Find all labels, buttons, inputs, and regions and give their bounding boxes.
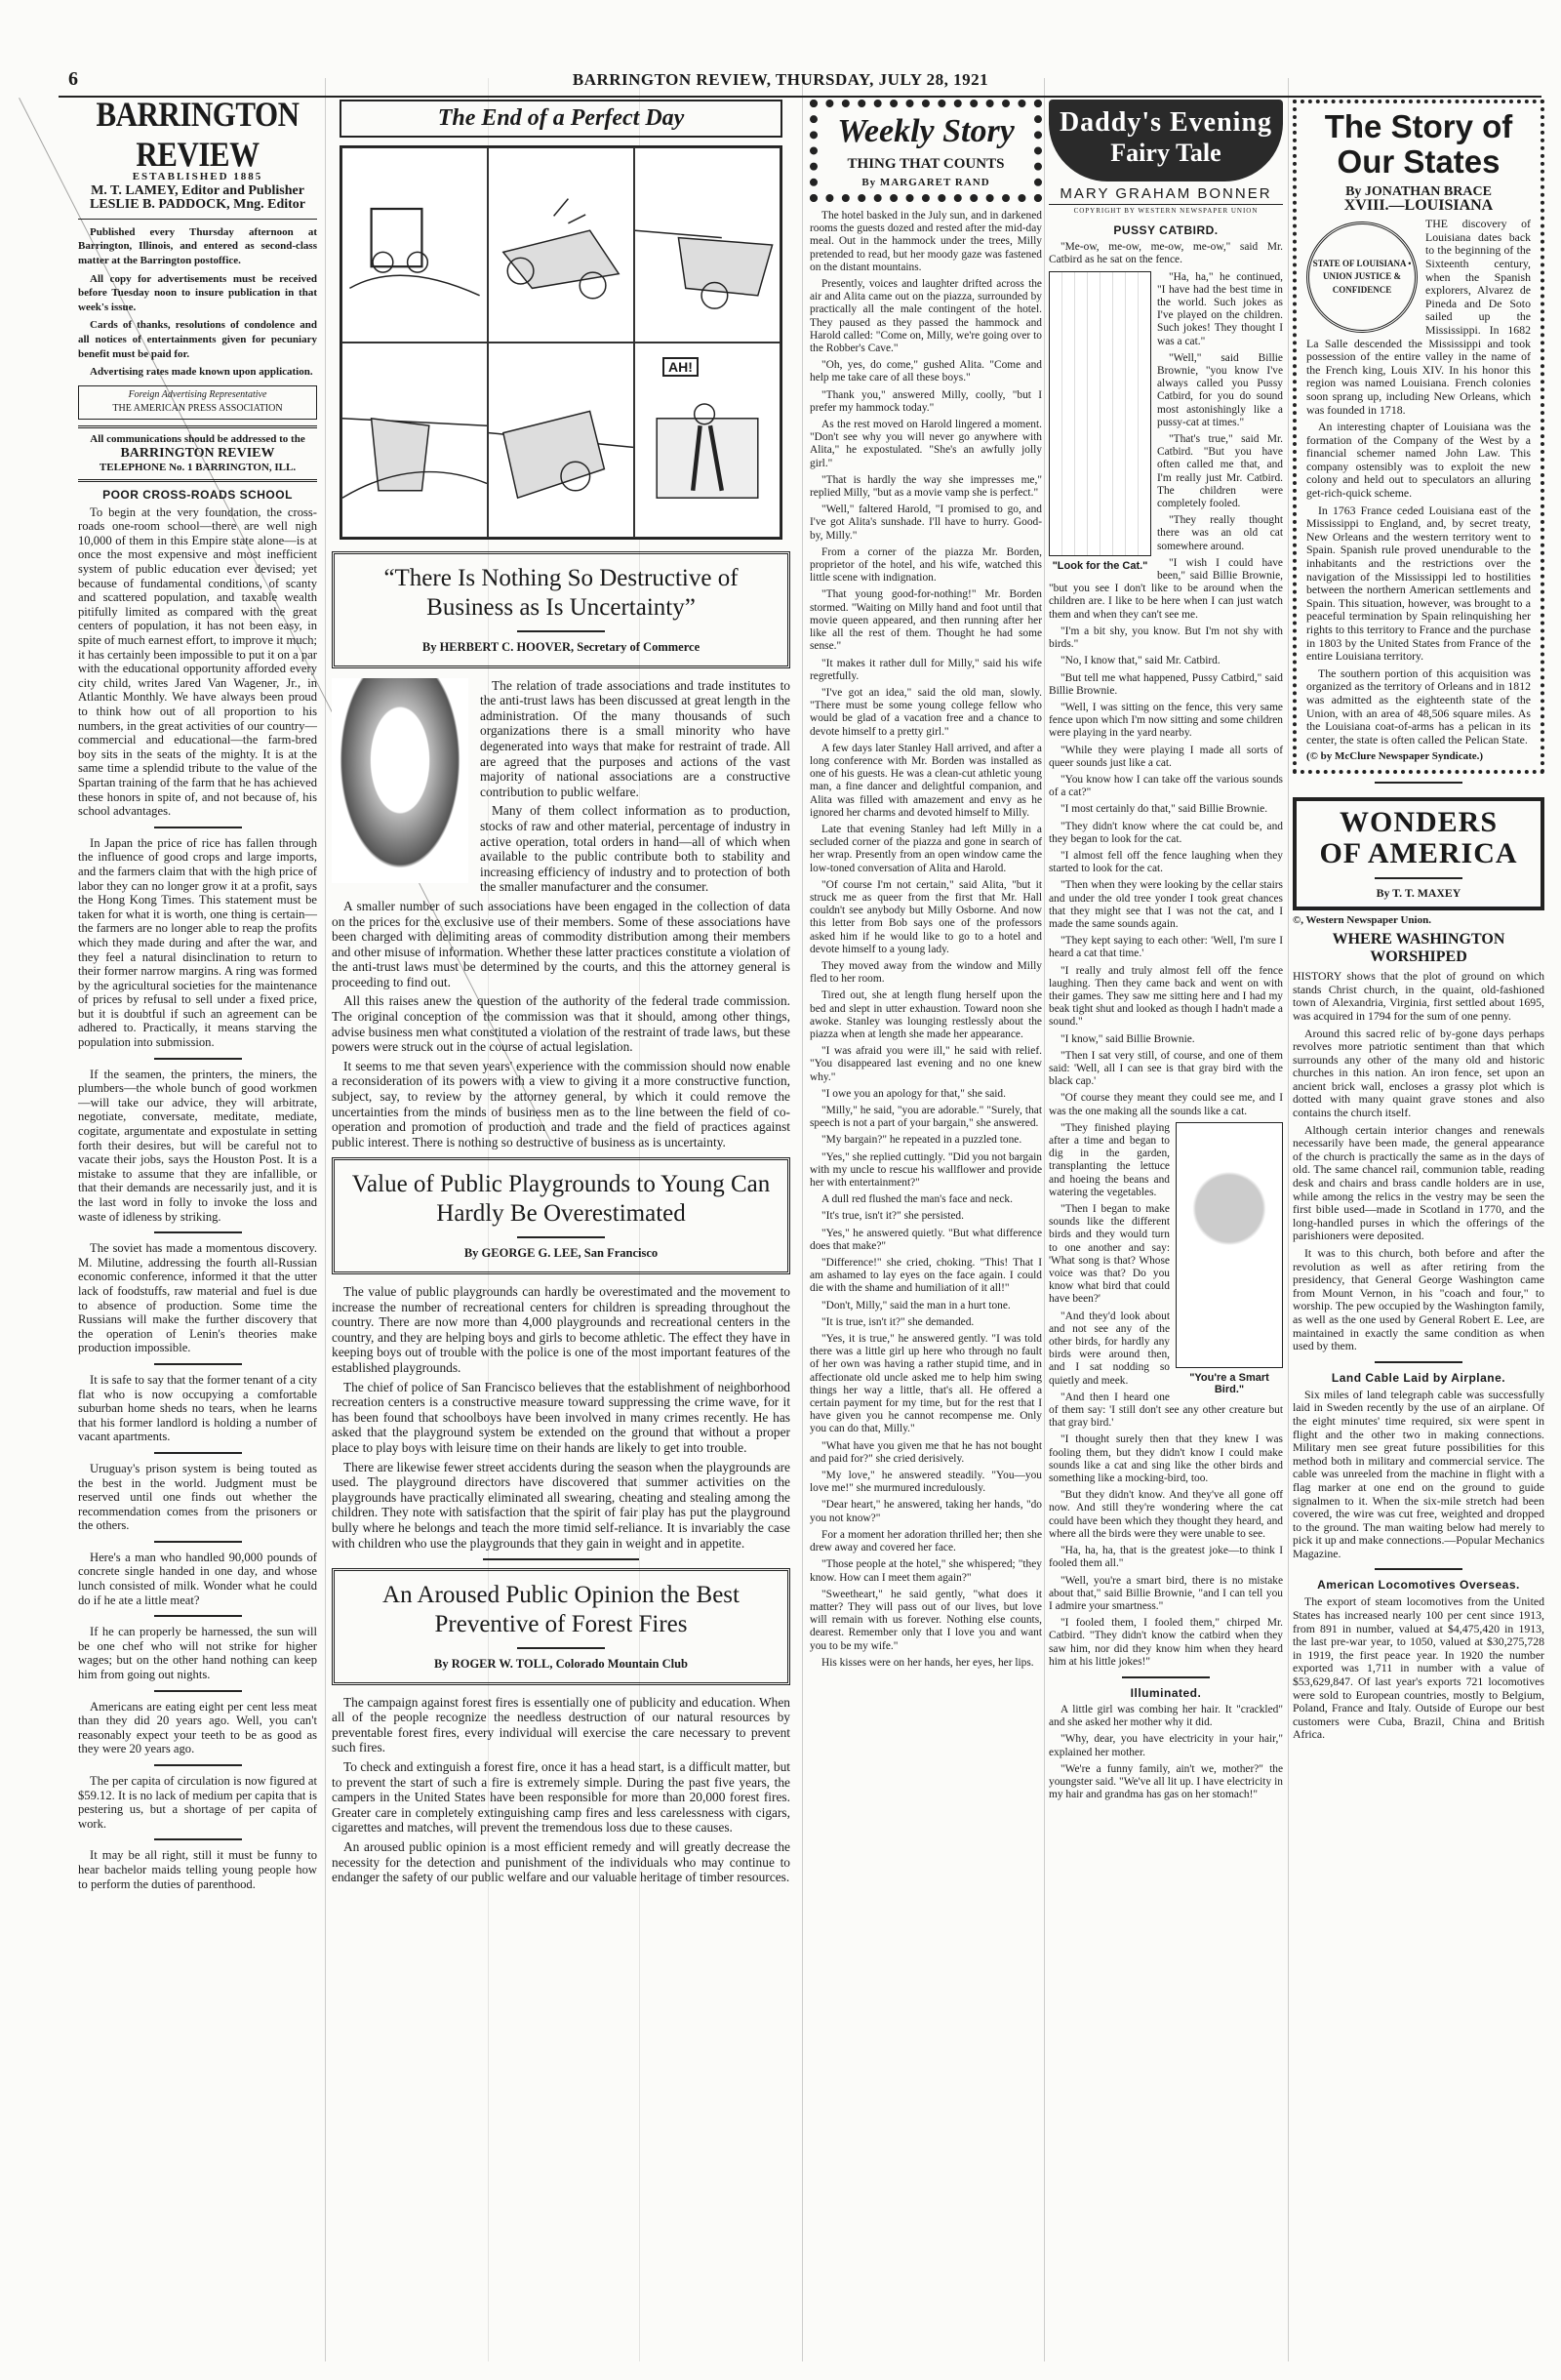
fairy-paragraph: "They kept saying to each other: 'Well, … [1049, 935, 1283, 960]
cable-heading: Land Cable Laid by Airplane. [1293, 1371, 1544, 1385]
column-rule [1044, 78, 1045, 2361]
wonders-paragraph: HISTORY shows that the plot of ground on… [1293, 970, 1544, 1023]
fairy-paragraph: "I thought surely then that they knew I … [1049, 1433, 1283, 1485]
divider [154, 1363, 242, 1365]
joke-heading: Illuminated. [1049, 1686, 1283, 1700]
hoover-portrait [332, 678, 468, 883]
divider [78, 479, 317, 482]
hoover-paragraph: A smaller number of such associations ha… [332, 899, 790, 990]
flag-editor: M. T. LAMEY, Editor and Publisher [78, 184, 317, 199]
column-rule [802, 78, 803, 2361]
comic-panel-car-overturned [341, 343, 488, 538]
playgrounds-paragraph: The chief of police of San Francisco bel… [332, 1380, 790, 1456]
joke-paragraph: "Why, dear, you have electricity in your… [1049, 1733, 1283, 1758]
fairy-banner-line1: Daddy's Evening [1053, 107, 1279, 139]
editorial-paragraph: In Japan the price of rice has fallen th… [78, 836, 317, 1050]
address-name: BARRINGTON REVIEW [78, 447, 317, 462]
fairy-paragraph: "No, I know that," said Mr. Catbird. [1049, 655, 1283, 667]
divider [78, 425, 317, 428]
louisiana-seal-icon: STATE OF LOUISIANA • UNION JUSTICE & CON… [1306, 222, 1418, 333]
fairy-paragraph: "I most certainly do that," said Billie … [1049, 803, 1283, 816]
divider [154, 1058, 242, 1060]
divider [1375, 1568, 1462, 1570]
editorial-paragraph: It is safe to say that the former tenant… [78, 1373, 317, 1444]
story-paragraph: From a corner of the piazza Mr. Borden, … [810, 546, 1042, 585]
car-icon [489, 343, 633, 537]
states-subtitle: XVIII.—LOUISIANA [1306, 199, 1531, 213]
wonders-box: WONDERS OF AMERICA By T. T. MAXEY [1293, 797, 1544, 910]
comic-panel-car-crashing-fence [488, 147, 634, 343]
locomotives-heading: American Locomotives Overseas. [1293, 1578, 1544, 1592]
playgrounds-headline-box: Value of Public Playgrounds to Young Can… [332, 1157, 790, 1274]
story-paragraph: "Sweetheart," he said gently, "what does… [810, 1589, 1042, 1653]
divider [517, 1236, 605, 1238]
forest-byline: By ROGER W. TOLL, Colorado Mountain Club [348, 1657, 774, 1673]
column-5: The Story of Our States By JONATHAN BRAC… [1293, 100, 1544, 1746]
story-byline: By MARGARET RAND [825, 177, 1026, 188]
forest-paragraph: To check and extinguish a forest fire, o… [332, 1759, 790, 1835]
column-2: The End of a Perfect Day AH! “Th [332, 100, 790, 1889]
forest-paragraph: An aroused public opinion is a most effi… [332, 1839, 790, 1885]
fairy-paragraph: "Ha, ha, ha, that is the greatest joke—t… [1049, 1545, 1283, 1570]
hoover-byline: By HERBERT C. HOOVER, Secretary of Comme… [348, 640, 774, 656]
story-paragraph: "It's true, isn't it?" she persisted. [810, 1210, 1042, 1223]
column-3: Weekly Story THING THAT COUNTS By MARGAR… [810, 100, 1042, 1674]
fairy-author: MARY GRAHAM BONNER [1049, 185, 1283, 205]
locomotives-paragraph: The export of steam locomotives from the… [1293, 1595, 1544, 1742]
states-box: The Story of Our States By JONATHAN BRAC… [1293, 100, 1544, 774]
fairy-paragraph: "Then when they were looking by the cell… [1049, 879, 1283, 931]
fairy-banner-line2: Fairy Tale [1053, 139, 1279, 168]
fence-children-illustration [1049, 271, 1151, 556]
story-paragraph: "My love," he answered steadily. "You—yo… [810, 1470, 1042, 1495]
comic-title: The End of a Perfect Day [340, 100, 782, 138]
weekly-story-banner: Weekly Story THING THAT COUNTS By MARGAR… [810, 100, 1042, 202]
wonders-byline: By T. T. MAXEY [1302, 887, 1535, 901]
states-paragraph: In 1763 France ceded Louisiana east of t… [1306, 504, 1531, 664]
foreign-rep-label: Foreign Advertising Representative [81, 388, 314, 403]
fairy-paragraph: "While they were playing I made all sort… [1049, 745, 1283, 770]
wonders-paragraph: It was to this church, both before and a… [1293, 1247, 1544, 1353]
divider [517, 1647, 605, 1649]
masthead: 6 BARRINGTON REVIEW, THURSDAY, JULY 28, … [0, 68, 1561, 98]
editorial-paragraph: Americans are eating eight per cent less… [78, 1700, 317, 1756]
divider [154, 1615, 242, 1617]
forest-paragraph: The campaign against forest fires is ess… [332, 1695, 790, 1755]
running-head: BARRINGTON REVIEW, THURSDAY, JULY 28, 19… [0, 70, 1561, 90]
divider [483, 1558, 639, 1560]
divider [1375, 877, 1462, 879]
story-paragraph: "Difference!" she cried, choking. "This!… [810, 1257, 1042, 1296]
story-paragraph: "I was afraid you were ill," he said wit… [810, 1045, 1042, 1084]
playgrounds-headline: Value of Public Playgrounds to Young Can… [348, 1170, 774, 1229]
editorial-paragraph: Here's a man who handled 90,000 pounds o… [78, 1551, 317, 1607]
story-paragraph: "Well," faltered Harold, "I promised to … [810, 504, 1042, 543]
wonders-title-line1: WONDERS [1302, 807, 1535, 838]
fairy-paragraph: "Then I sat very still, of course, and o… [1049, 1050, 1283, 1089]
divider [154, 1764, 242, 1766]
forest-headline: An Aroused Public Opinion the Best Preve… [348, 1581, 774, 1639]
notice: Published every Thursday afternoon at Ba… [78, 225, 317, 268]
flag-title: BARRINGTON REVIEW [78, 95, 317, 176]
weekly-story-title: Weekly Story [825, 113, 1026, 150]
fairy-paragraph: "I'm a bit shy, you know. But I'm not sh… [1049, 625, 1283, 651]
story-paragraph: "My bargain?" he repeated in a puzzled t… [810, 1134, 1042, 1147]
editorial-paragraph: It may be all right, still it must be fu… [78, 1848, 317, 1891]
fairy-paragraph: "Me-ow, me-ow, me-ow, me-ow," said Mr. C… [1049, 241, 1283, 266]
fairy-paragraph: "But tell me what happened, Pussy Catbir… [1049, 672, 1283, 698]
fairy-copyright: COPYRIGHT BY WESTERN NEWSPAPER UNION [1049, 205, 1283, 218]
story-paragraph: As the rest moved on Harold lingered a m… [810, 419, 1042, 470]
story-paragraph: "Of course I'm not certain," said Alita,… [810, 879, 1042, 956]
divider [154, 1231, 242, 1233]
states-paragraph: The southern portion of this acquisition… [1306, 667, 1531, 747]
states-paragraph: An interesting chapter of Louisiana was … [1306, 421, 1531, 501]
story-paragraph: Presently, voices and laughter drifted a… [810, 278, 1042, 355]
comic-panel-man-in-armchair: AH! [634, 343, 780, 538]
playgrounds-paragraph: There are likewise fewer street accident… [332, 1460, 790, 1552]
states-copyright: (© by McClure Newspaper Syndicate.) [1306, 750, 1531, 764]
caption-smart-bird: "You're a Smart Bird." [1176, 1372, 1283, 1395]
divider [154, 1541, 242, 1543]
editorial-paragraph: Uruguay's prison system is being touted … [78, 1462, 317, 1533]
speech-bubble: AH! [662, 357, 699, 377]
comic-panel-car-on-road [341, 147, 488, 343]
story-paragraph: For a moment her adoration thrilled her;… [810, 1529, 1042, 1554]
notice: All copy for advertisements must be rece… [78, 272, 317, 315]
fairy-paragraph: "But they didn't know. And they've all g… [1049, 1489, 1283, 1541]
wonders-subtitle: WHERE WASHINGTON WORSHIPED [1293, 931, 1544, 966]
foreign-rep: THE AMERICAN PRESS ASSOCIATION [81, 402, 314, 417]
joke-paragraph: A little girl was combing her hair. It "… [1049, 1704, 1283, 1729]
divider [154, 1838, 242, 1840]
editorial-paragraph: The per capita of circulation is now fig… [78, 1774, 317, 1831]
fairy-paragraph: "Well, you're a smart bird, there is no … [1049, 1575, 1283, 1614]
playgrounds-byline: By GEORGE G. LEE, San Francisco [348, 1246, 774, 1262]
story-paragraph: "Dear heart," he answered, taking her ha… [810, 1499, 1042, 1524]
telephone: TELEPHONE No. 1 BARRINGTON, ILL. [78, 461, 317, 475]
fairy-title: PUSSY CATBIRD. [1049, 223, 1283, 237]
car-icon [342, 148, 487, 342]
column-4: Daddy's Evening Fairy Tale MARY GRAHAM B… [1049, 100, 1283, 1805]
fairy-paragraph: "I know," said Billie Brownie. [1049, 1033, 1283, 1046]
fairy-paragraph: "Well, I was sitting on the fence, this … [1049, 702, 1283, 741]
flag-managing-editor: LESLIE B. PADDOCK, Mng. Editor [78, 198, 317, 213]
story-paragraph: They moved away from the window and Mill… [810, 960, 1042, 986]
editorial-paragraph: The soviet has made a momentous discover… [78, 1241, 317, 1355]
editorial-paragraph: If the seamen, the printers, the miners,… [78, 1068, 317, 1225]
fairy-tale-banner: Daddy's Evening Fairy Tale [1049, 100, 1283, 182]
fairy-paragraph: "They didn't know where the cat could be… [1049, 821, 1283, 846]
divider [78, 219, 317, 220]
hoover-paragraph: It seems to me that seven years' experie… [332, 1059, 790, 1150]
states-title: The Story of Our States [1306, 109, 1531, 180]
divider [1122, 1676, 1210, 1678]
fairy-paragraph: "I really and truly almost fell off the … [1049, 965, 1283, 1029]
story-paragraph: "Milly," he said, "you are adorable." "S… [810, 1105, 1042, 1130]
story-paragraph: "Don't, Milly," said the man in a hurt t… [810, 1300, 1042, 1312]
story-paragraph: The hotel basked in the July sun, and in… [810, 210, 1042, 274]
foreign-rep-box: Foreign Advertising Representative THE A… [78, 385, 317, 420]
story-title: THING THAT COUNTS [825, 156, 1026, 173]
editorial-paragraph: If he can properly be harnessed, the sun… [78, 1625, 317, 1681]
editorial-paragraph: To begin at the very foundation, the cro… [78, 505, 317, 819]
fairy-paragraph: "I almost fell off the fence laughing wh… [1049, 850, 1283, 875]
column-1: BARRINGTON REVIEW ESTABLISHED 1885 M. T.… [78, 100, 317, 1895]
divider [154, 827, 242, 828]
column-rule [325, 78, 326, 2361]
story-paragraph: "Yes," she replied cuttingly. "Did you n… [810, 1151, 1042, 1190]
wonders-title-line2: OF AMERICA [1302, 838, 1535, 869]
bird-on-branch-illustration [1176, 1122, 1283, 1368]
story-paragraph: "That is hardly the way she impresses me… [810, 474, 1042, 500]
wonders-paragraph: Around this sacred relic of by-gone days… [1293, 1028, 1544, 1120]
story-paragraph: "Those people at the hotel," she whisper… [810, 1558, 1042, 1584]
cable-paragraph: Six miles of land telegraph cable was su… [1293, 1389, 1544, 1561]
wonders-paragraph: Although certain interior changes and re… [1293, 1124, 1544, 1243]
editorial-heading: POOR CROSS-ROADS SCHOOL [78, 488, 317, 502]
address-line: All communications should be addressed t… [78, 432, 317, 447]
story-paragraph: "Yes, it is true," he answered gently. "… [810, 1333, 1042, 1436]
wonders-copyright: ©, Western Newspaper Union. [1293, 914, 1544, 928]
story-paragraph: "What have you given me that he has not … [810, 1440, 1042, 1466]
notice: Advertising rates made known upon applic… [78, 365, 317, 380]
car-icon [635, 148, 780, 342]
fairy-paragraph: "You know how I can take off the various… [1049, 774, 1283, 799]
car-icon [342, 343, 487, 537]
story-paragraph: A few days later Stanley Hall arrived, a… [810, 743, 1042, 820]
story-paragraph: "Thank you," answered Milly, coolly, "bu… [810, 389, 1042, 415]
story-paragraph: "I owe you an apology for that," she sai… [810, 1088, 1042, 1101]
playgrounds-paragraph: The value of public playgrounds can hard… [332, 1284, 790, 1376]
divider [154, 1452, 242, 1454]
story-paragraph: "I've got an idea," said the old man, sl… [810, 687, 1042, 739]
hoover-headline-box: “There Is Nothing So Destructive of Busi… [332, 551, 790, 668]
hoover-paragraph: All this raises anew the question of the… [332, 993, 790, 1054]
comic-panel-car-tipping [634, 147, 780, 343]
story-paragraph: "That young good-for-nothing!" Mr. Borde… [810, 588, 1042, 653]
armchair-icon [635, 343, 780, 537]
story-paragraph: "It is true, isn't it?" she demanded. [810, 1316, 1042, 1329]
story-paragraph: Late that evening Stanley had left Milly… [810, 824, 1042, 875]
story-paragraph: "It makes it rather dull for Milly," sai… [810, 658, 1042, 683]
divider [154, 1690, 242, 1692]
story-paragraph: "Yes," he answered quietly. "But what di… [810, 1228, 1042, 1253]
story-paragraph: Tired out, she at length flung herself u… [810, 989, 1042, 1041]
hoover-headline: “There Is Nothing So Destructive of Busi… [348, 564, 774, 623]
story-paragraph: A dull red flushed the man's face and ne… [810, 1193, 1042, 1206]
story-paragraph: "Oh, yes, do come," gushed Alita. "Come … [810, 359, 1042, 384]
car-icon [489, 148, 633, 342]
fairy-illustration-2: "You're a Smart Bird." [1176, 1122, 1283, 1399]
comic-strip: AH! [340, 145, 782, 540]
divider [1375, 1361, 1462, 1363]
story-paragraph: His kisses were on her hands, her eyes, … [810, 1657, 1042, 1670]
divider [1375, 782, 1462, 784]
fairy-illustration-1: "Look for the Cat." [1049, 271, 1151, 576]
fairy-paragraph: "Of course they meant they could see me,… [1049, 1092, 1283, 1117]
joke-paragraph: "We're a funny family, ain't we, mother?… [1049, 1763, 1283, 1802]
newspaper-page: 6 BARRINGTON REVIEW, THURSDAY, JULY 28, … [0, 0, 1561, 2380]
fairy-paragraph: "I fooled them, I fooled them," chirped … [1049, 1617, 1283, 1669]
caption-look-for-cat: "Look for the Cat." [1049, 560, 1151, 572]
divider [517, 630, 605, 632]
comic-panel-car-wrecked [488, 343, 634, 538]
column-rule [1288, 78, 1289, 2361]
notice: Cards of thanks, resolutions of condolen… [78, 318, 317, 361]
forest-headline-box: An Aroused Public Opinion the Best Preve… [332, 1568, 790, 1685]
